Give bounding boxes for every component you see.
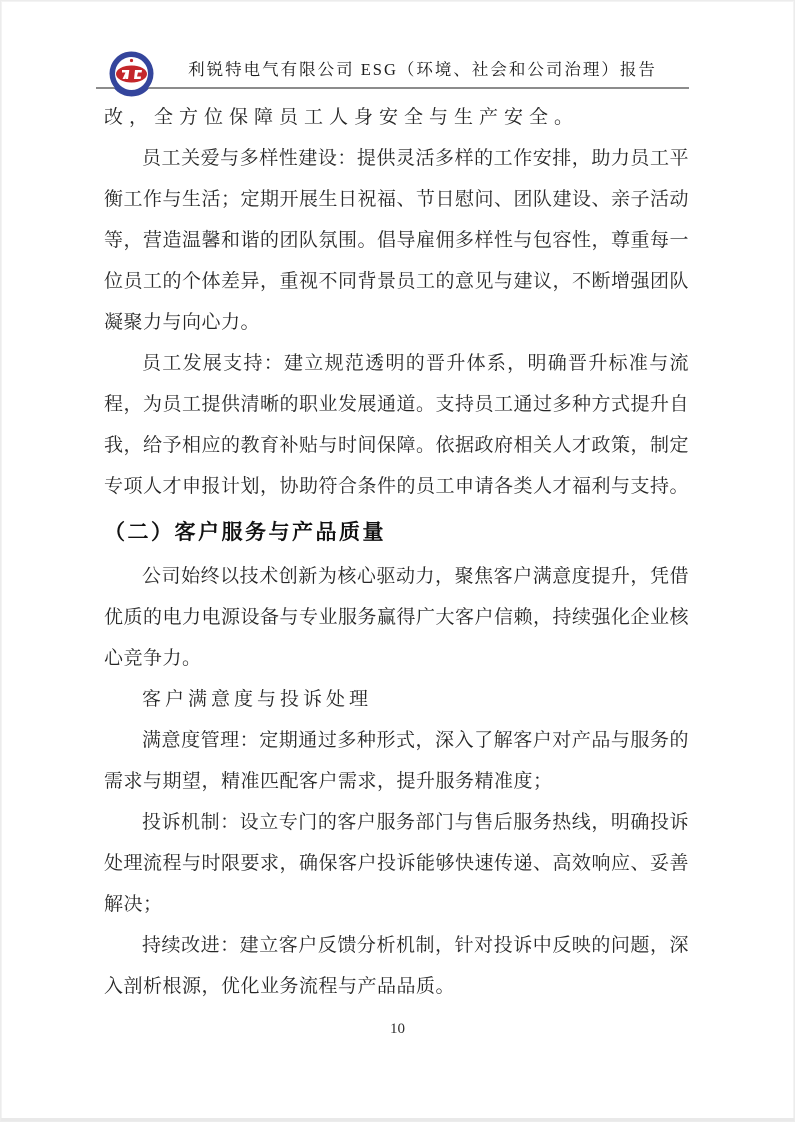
paragraph: 员工发展支持：建立规范透明的晋升体系，明确晋升标准与流程，为员工提供清晰的职业发… xyxy=(104,343,689,507)
page-number: 10 xyxy=(390,1021,405,1037)
page-footer: 10 xyxy=(1,1021,794,1038)
paragraph: 满意度管理：定期通过多种形式，深入了解客户对产品与服务的需求与期望，精准匹配客户… xyxy=(104,720,689,802)
company-logo-icon xyxy=(108,50,155,97)
logo-center-band xyxy=(116,66,147,83)
logo-star-dot xyxy=(130,59,133,62)
paragraph: 投诉机制：设立专门的客户服务部门与售后服务热线，明确投诉处理流程与时限要求，确保… xyxy=(104,802,689,925)
paragraph: 公司始终以技术创新为核心驱动力，聚焦客户满意度提升，凭借优质的电力电源设备与专业… xyxy=(104,556,689,679)
report-header-title: 利锐特电气有限公司 ESG（环境、社会和公司治理）报告 xyxy=(156,56,689,80)
page-header: 利锐特电气有限公司 ESG（环境、社会和公司治理）报告 xyxy=(96,49,689,89)
document-body: 改，全方位保障员工人身安全与生产安全。员工关爱与多样性建设：提供灵活多样的工作安… xyxy=(104,97,689,1007)
document-page: 利锐特电气有限公司 ESG（环境、社会和公司治理）报告 改，全方位保障员工人身安… xyxy=(0,0,795,1122)
section-heading: （二）客户服务与产品质量 xyxy=(104,509,689,555)
page-edge-shadow xyxy=(1,1118,794,1121)
paragraph: 改，全方位保障员工人身安全与生产安全。 xyxy=(104,97,689,138)
sub-heading: 客户满意度与投诉处理 xyxy=(104,679,689,720)
paragraph: 持续改进：建立客户反馈分析机制，针对投诉中反映的问题，深入剖析根源，优化业务流程… xyxy=(104,925,689,1007)
paragraph: 员工关爱与多样性建设：提供灵活多样的工作安排，助力员工平衡工作与生活；定期开展生… xyxy=(104,138,689,343)
